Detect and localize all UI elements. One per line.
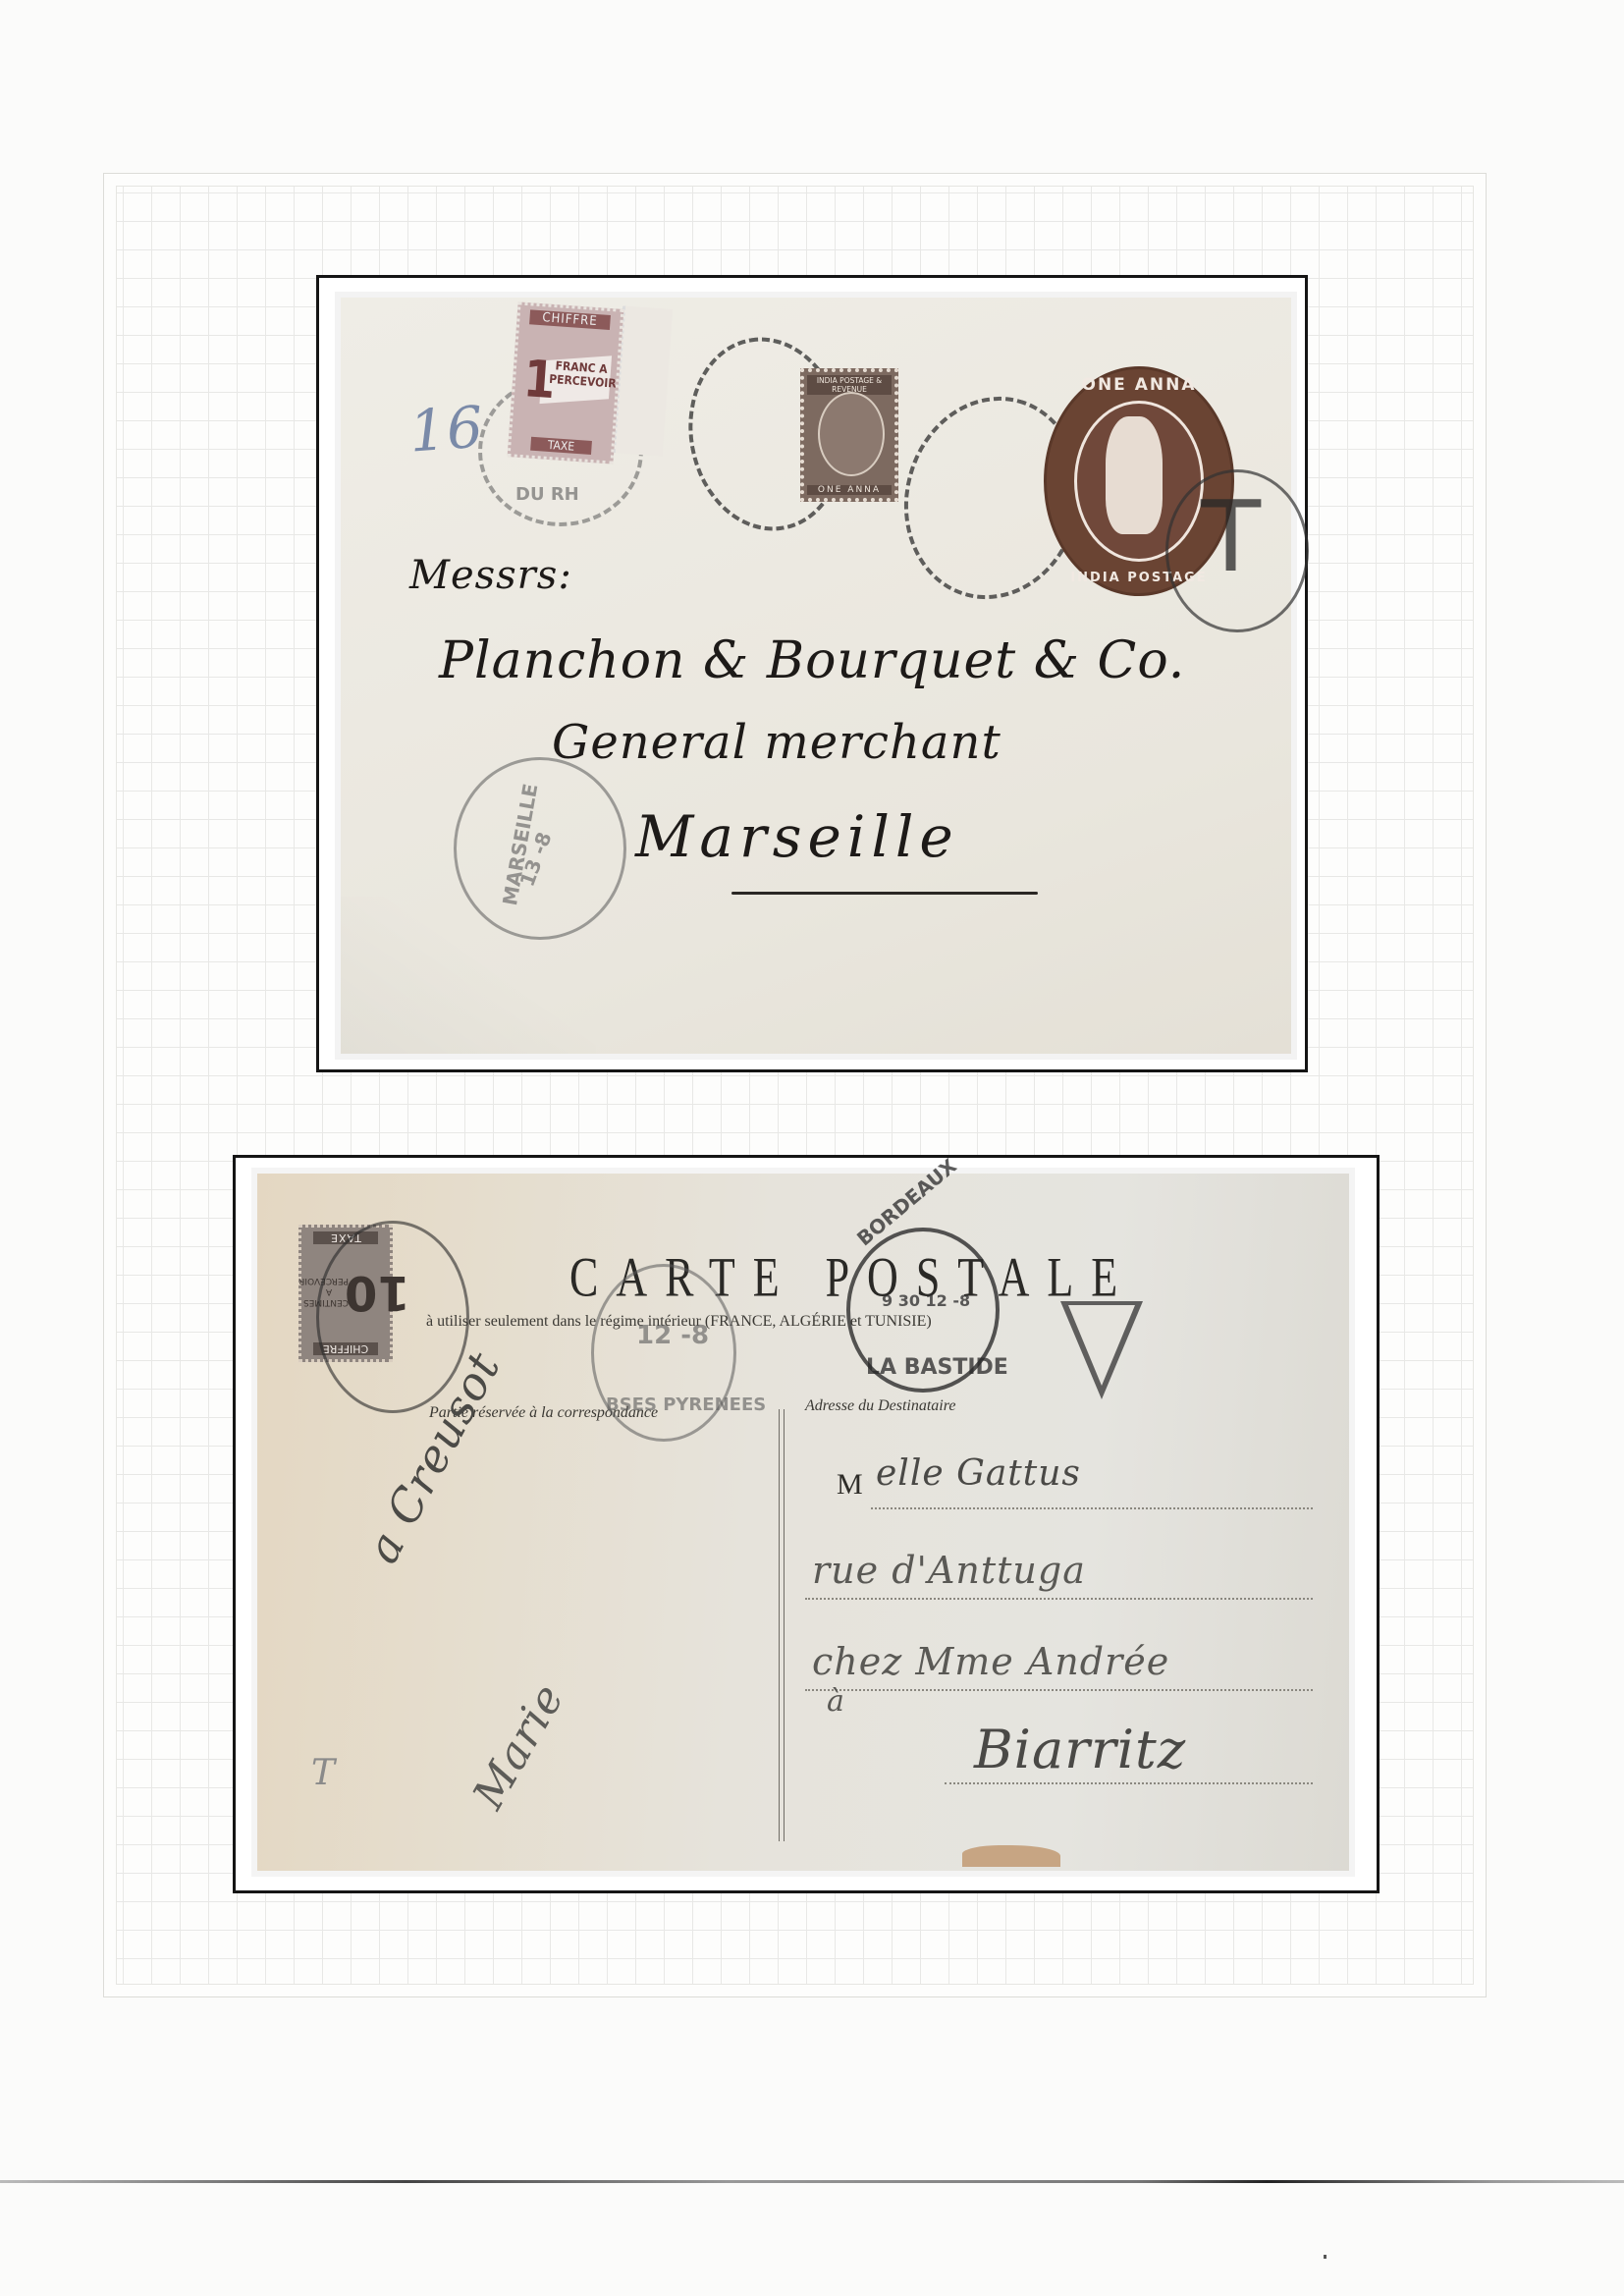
address-dotted-line-1 <box>871 1507 1313 1509</box>
postcard: TAXE 10 CENTIMES A PERCEVOIR CHIFFRE CAR… <box>257 1174 1349 1871</box>
address-dotted-line-2 <box>805 1598 1313 1600</box>
sender-note-name: Marie <box>463 1675 574 1818</box>
address-salutation: Messrs: <box>409 553 572 598</box>
indicium-top-label: ONE ANNA <box>1047 375 1231 395</box>
scan-dust-speck <box>1324 2255 1326 2259</box>
tax-triangle-inner <box>1068 1305 1135 1386</box>
address-line-3: Marseille <box>635 803 959 870</box>
address-city: Biarritz <box>974 1719 1186 1780</box>
stamp-india-one-anna: INDIA POSTAGE & REVENUE ONE ANNA <box>800 368 898 502</box>
postmark-bordeaux-date: 9 30 12 -8 <box>882 1291 970 1310</box>
king-portrait <box>818 392 885 476</box>
postmark-bordeaux-office: LA BASTIDE <box>866 1355 1008 1380</box>
postmark-faint-text: DU RH <box>515 484 579 505</box>
scan-edge-line <box>0 2180 1624 2183</box>
address-prefix: M <box>837 1468 863 1502</box>
stamp-bottom-label: ONE ANNA <box>807 485 892 495</box>
stamp-bottom-label: TAXE <box>530 437 592 455</box>
mount-frame-envelope: 16 DU RH CHIFFRE 1 FRANC A PERCEVOIR TAX… <box>316 275 1308 1072</box>
stamp-top-label: CHIFFRE <box>529 309 611 330</box>
postmark-pyrenees-dept: BSES PYRENEES <box>606 1394 766 1415</box>
postmark-pyrenees-date: 12 -8 <box>636 1321 709 1350</box>
pencil-tax-mark: T <box>311 1753 336 1793</box>
tax-mark-T: T <box>1201 479 1261 594</box>
address-dotted-line-4 <box>945 1782 1313 1784</box>
address-name: elle Gattus <box>876 1453 1081 1494</box>
postcard-edge-damage <box>962 1845 1060 1867</box>
address-a: à <box>827 1684 845 1719</box>
envelope: 16 DU RH CHIFFRE 1 FRANC A PERCEVOIR TAX… <box>341 298 1291 1054</box>
address-street: rue d'Anttuga <box>812 1549 1086 1592</box>
postcard-address-caption: Adresse du Destinataire <box>805 1397 955 1415</box>
address-underline <box>731 892 1038 895</box>
address-care-of: chez Mme Andrée <box>812 1640 1169 1683</box>
address-line-1: Planchon & Bourquet & Co. <box>439 631 1185 690</box>
postcard-divider <box>779 1409 785 1841</box>
king-head-silhouette <box>1106 416 1163 534</box>
stamp-text: FRANC A PERCEVOIR <box>549 358 614 390</box>
address-dotted-line-3 <box>805 1689 1313 1691</box>
address-line-2: General merchant <box>552 715 1001 770</box>
stamp-postage-due-1-franc: CHIFFRE 1 FRANC A PERCEVOIR TAXE <box>508 301 624 464</box>
pencil-note: 16 <box>407 393 486 465</box>
mount-frame-postcard: TAXE 10 CENTIMES A PERCEVOIR CHIFFRE CAR… <box>233 1155 1380 1893</box>
